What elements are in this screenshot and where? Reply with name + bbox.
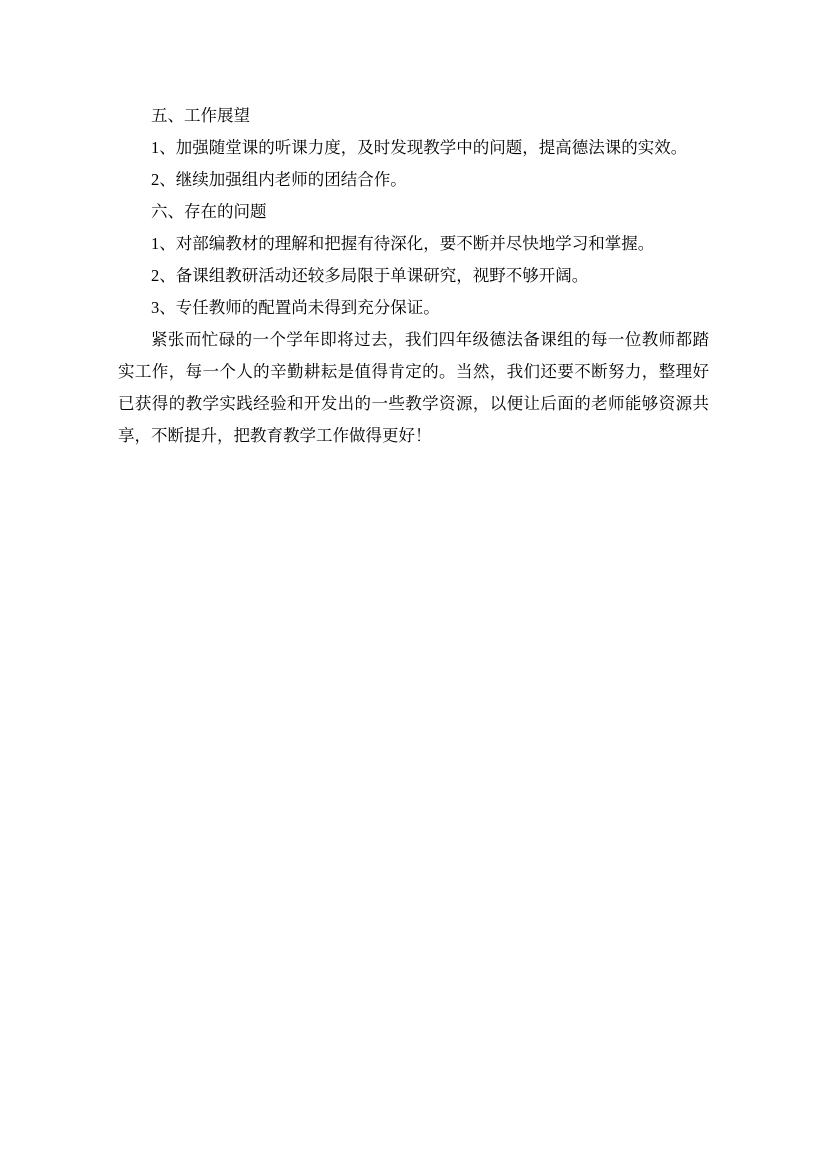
list-item: 2、继续加强组内老师的团结合作。: [118, 164, 709, 196]
section-heading-work-outlook: 五、工作展望: [118, 100, 709, 132]
list-item: 1、对部编教材的理解和把握有待深化，要不断并尽快地学习和掌握。: [118, 228, 709, 260]
document-body: 五、工作展望 1、加强随堂课的听课力度，及时发现教学中的问题，提高德法课的实效。…: [118, 100, 709, 452]
closing-paragraph: 紧张而忙碌的一个学年即将过去，我们四年级德法备课组的每一位教师都踏实工作，每一个…: [118, 324, 709, 452]
section-heading-existing-problems: 六、存在的问题: [118, 196, 709, 228]
list-item: 2、备课组教研活动还较多局限于单课研究，视野不够开阔。: [118, 260, 709, 292]
list-item: 3、专任教师的配置尚未得到充分保证。: [118, 292, 709, 324]
document-page: 五、工作展望 1、加强随堂课的听课力度，及时发现教学中的问题，提高德法课的实效。…: [0, 0, 827, 1170]
list-item: 1、加强随堂课的听课力度，及时发现教学中的问题，提高德法课的实效。: [118, 132, 709, 164]
